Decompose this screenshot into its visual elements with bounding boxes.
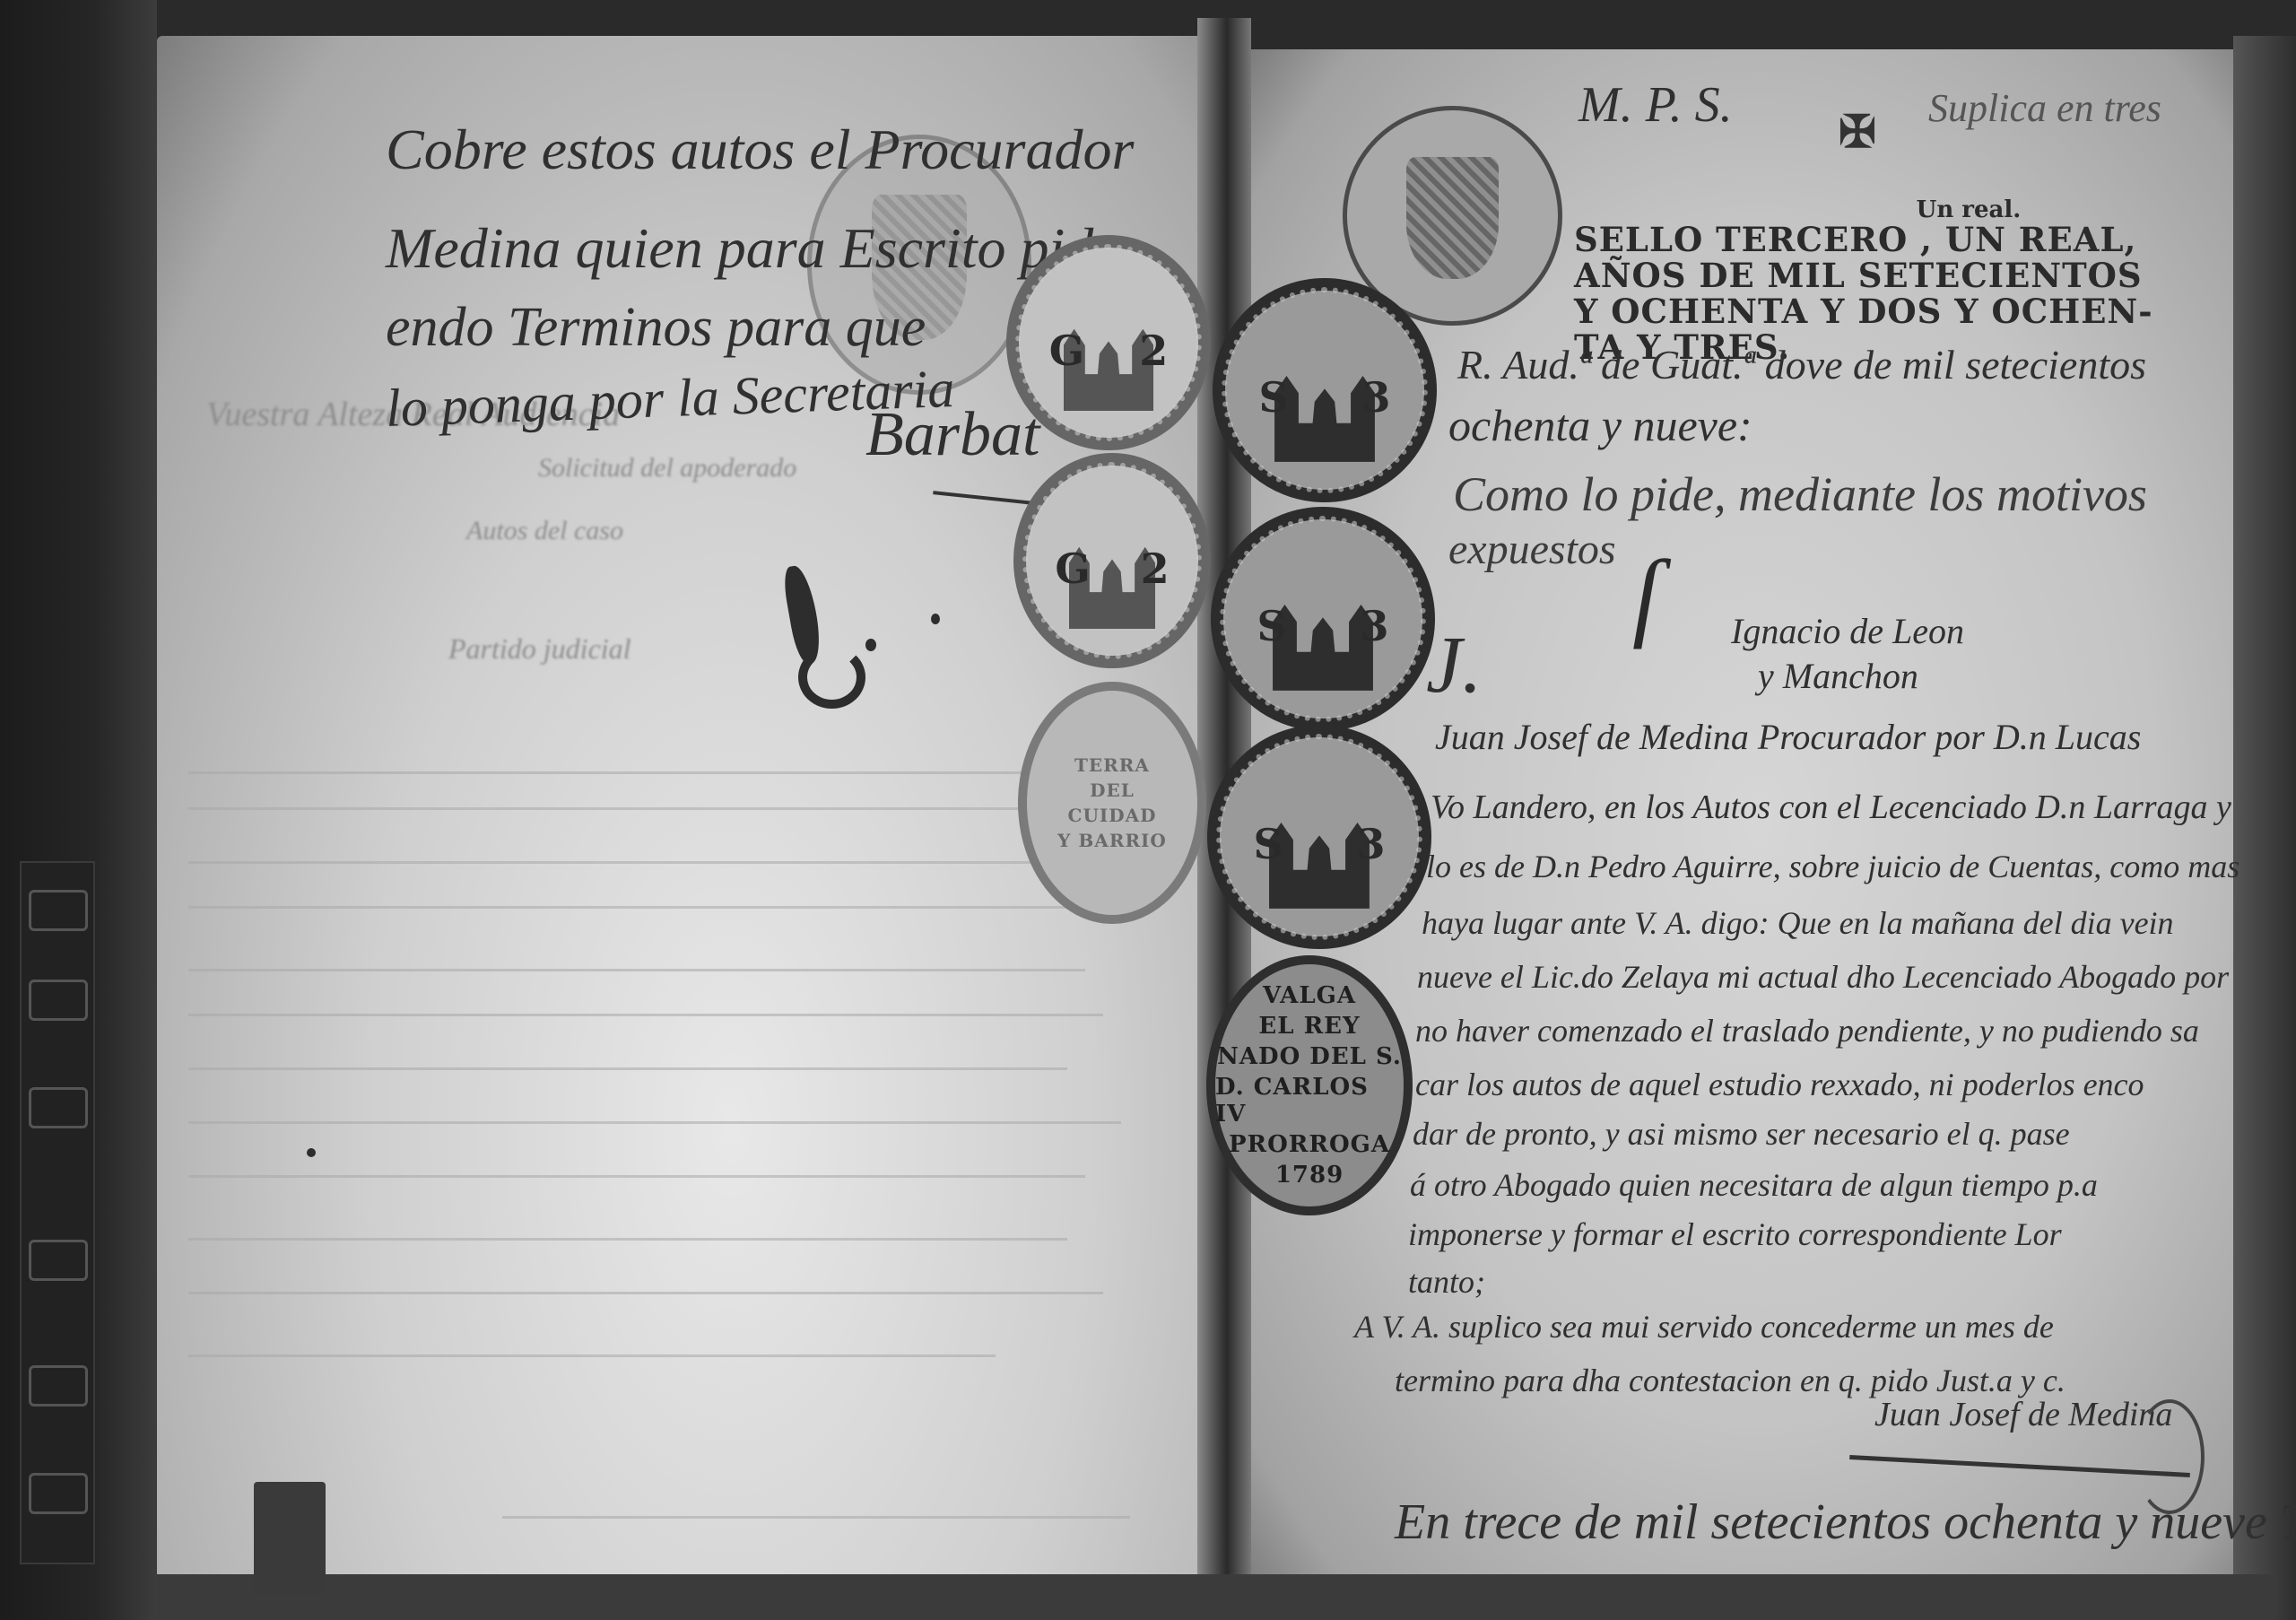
spine-band <box>29 980 88 1021</box>
habilitation-line: Como lo pide, mediante los motivos <box>1453 466 2147 522</box>
tax-seal-G2: G 2 <box>1013 453 1211 668</box>
stamp-line: AÑOS DE MIL SETECIENTOS <box>1574 258 2202 294</box>
petitioner-signature: Juan Josef de Medina <box>1874 1395 2172 1434</box>
tax-seal-S3: S 3 <box>1213 278 1437 502</box>
signature: Barbat <box>865 399 1039 471</box>
carlos-iv-oval-seal: VALGA EL REY NADO DEL S. D. CARLOS IV PR… <box>1206 955 1413 1215</box>
spine-band <box>29 1087 88 1128</box>
bleed-line <box>188 906 1121 909</box>
habilitation-line: R. Aud.ª de Guat.ª dove de mil setecient… <box>1457 341 2146 388</box>
bleed-line <box>188 1067 1067 1070</box>
body-line: Vo Landero, en los Autos con el Lecencia… <box>1431 788 2231 827</box>
ink-dot <box>865 639 876 651</box>
stamp-line: SELLO TERCERO , UN REAL, <box>1574 222 2202 258</box>
ink-rubric <box>798 646 865 709</box>
bleed-line <box>188 1175 1085 1178</box>
decree-line: Medina quien para Escrito pid. <box>386 215 1108 282</box>
bleed-line <box>188 1292 1103 1294</box>
petition-line: A V. A. suplico sea mui servido conceder… <box>1354 1308 2054 1346</box>
closing-line: En trece de mil setecientos ochenta y nu… <box>1395 1494 2296 1551</box>
rubric-mark: ſ <box>1632 538 1660 652</box>
body-line: car los autos de aquel estudio rexxado, … <box>1415 1066 2144 1103</box>
cross-icon: ✠ <box>1839 106 1876 158</box>
body-line: imponerse y formar el escrito correspond… <box>1408 1215 2062 1253</box>
body-line: haya lugar ante V. A. digo: Que en la ma… <box>1422 904 2174 942</box>
bleed-through-text: Solicitud del apoderado <box>538 453 796 483</box>
bottom-shadow <box>157 1574 2274 1620</box>
bleed-line <box>188 1014 1103 1016</box>
spine-band <box>29 1240 88 1281</box>
ink-dot <box>307 1148 316 1157</box>
bleed-line <box>188 1354 996 1357</box>
body-line: Juan Josef de Medina Procurador por D.n … <box>1435 716 2141 758</box>
notary-signature: Ignacio de Leon <box>1731 610 1964 652</box>
ink-dot <box>931 614 940 624</box>
initial-letter: J. <box>1426 619 1482 711</box>
stamp-line: Y OCHENTA Y DOS Y OCHEN- <box>1574 294 2202 330</box>
top-left-note: M. P. S. <box>1578 76 1733 134</box>
bleed-line <box>188 861 1067 864</box>
stamp-value: Un real. <box>1735 197 2202 222</box>
tax-seal-G2: G 2 <box>1006 235 1211 450</box>
bleed-line <box>188 771 1085 774</box>
body-line: dar de pronto, y asi mismo ser necesario… <box>1413 1115 2070 1153</box>
body-line: nueve el Lic.do Zelaya mi actual dho Lec… <box>1417 958 2229 996</box>
top-right-note: Suplica en tres <box>1928 85 2161 131</box>
faded-oval-seal: TERRA DEL CUIDAD Y BARRIO <box>1018 682 1206 924</box>
bleed-line <box>188 1121 1121 1124</box>
body-line: lo es de D.n Pedro Aguirre, sobre juicio… <box>1426 848 2239 885</box>
bleed-line <box>502 1516 1130 1519</box>
body-line: tanto; <box>1408 1263 1485 1301</box>
bleed-through-text: Partido judicial <box>448 632 631 666</box>
tax-seal-S3: S 3 <box>1211 507 1435 731</box>
bookmark-tab <box>254 1482 326 1594</box>
right-page-edge <box>2233 36 2296 1620</box>
bleed-line <box>188 969 1085 971</box>
decree-line: endo Terminos para que <box>386 296 926 360</box>
spine-label <box>20 861 95 1564</box>
spine-band <box>29 890 88 931</box>
bleed-line <box>188 1238 1067 1241</box>
body-line: no haver comenzado el traslado pendiente… <box>1415 1012 2199 1050</box>
body-line: á otro Abogado quien necesitara de algun… <box>1410 1166 2098 1204</box>
spine-band <box>29 1473 88 1514</box>
tax-seal-S3: S 3 <box>1207 725 1431 949</box>
notary-signature: y Manchon <box>1758 655 1918 697</box>
habilitation-line: ochenta y nueve: <box>1448 399 1752 451</box>
decree-line: Cobre estos autos el Procurador <box>386 117 1134 183</box>
petition-line: termino para dha contestacion en q. pido… <box>1395 1362 2066 1399</box>
bleed-through-text: Autos del caso <box>466 516 623 546</box>
habilitation-line: expuestos <box>1448 525 1616 574</box>
bleed-line <box>188 807 1112 810</box>
spine-band <box>29 1365 88 1407</box>
